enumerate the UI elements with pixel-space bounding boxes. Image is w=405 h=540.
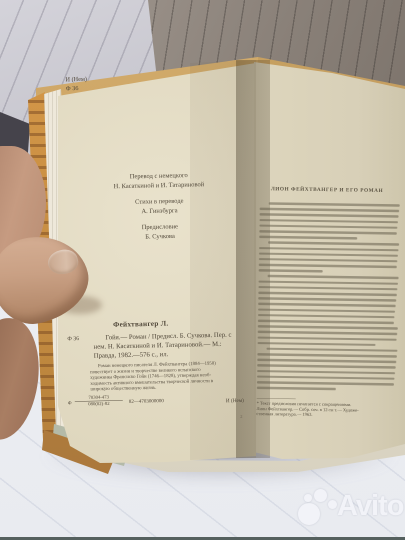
avito-watermark: Avito <box>290 478 405 536</box>
library-catalog-mark: И (Нем) Ф 36 <box>65 74 87 92</box>
text-line-placeholder <box>260 213 399 217</box>
text-line-placeholder <box>259 264 397 268</box>
text-line-placeholder <box>266 348 397 352</box>
text-line-placeholder <box>268 275 399 279</box>
catalog-mark-line: И (Нем) <box>65 74 87 83</box>
preface-body-text <box>257 202 400 394</box>
text-line-placeholder <box>257 370 395 374</box>
text-line-placeholder <box>258 325 398 329</box>
catalog-mark-repeat: И (Нем) <box>226 398 244 404</box>
text-line-placeholder <box>257 381 394 385</box>
text-line-placeholder <box>257 375 395 379</box>
avito-logo-dot-icon <box>328 500 337 509</box>
text-line-placeholder <box>268 241 399 245</box>
right-page-content: ЛИОН ФЕЙХТВАНГЕР И ЕГО РОМАН * Текст пре… <box>249 60 405 482</box>
credits-block: Перевод с немецкого Н. Касаткиной и И. Т… <box>71 169 249 243</box>
text-line-placeholder <box>259 224 397 228</box>
author-heading: Фейхтвангер Л. <box>113 320 168 330</box>
left-page-content: И (Нем) Ф 36 Перевод с немецкого Н. Каса… <box>58 54 263 464</box>
text-line-placeholder <box>257 359 396 363</box>
text-line-placeholder <box>258 286 397 290</box>
text-line-placeholder <box>258 314 395 318</box>
text-line-placeholder <box>257 364 396 368</box>
text-line-placeholder <box>258 342 376 346</box>
text-line-placeholder <box>259 280 399 284</box>
text-line-placeholder <box>258 336 397 340</box>
text-line-placeholder <box>259 219 398 223</box>
text-line-placeholder <box>258 331 398 335</box>
text-line-placeholder <box>257 353 397 357</box>
code-prefix: Ф <box>68 401 72 406</box>
text-line-placeholder <box>260 208 400 212</box>
text-line-placeholder <box>259 258 398 262</box>
text-line-placeholder <box>269 202 400 206</box>
avito-logo-dot-icon <box>298 503 320 525</box>
publisher-code-block: Ф 70304-473 080(02)-82 82—4703000000 И (… <box>68 392 259 431</box>
text-line-placeholder <box>258 308 395 312</box>
annotation-paragraph: Роман немецкого писателя Л. Фейхтвангера… <box>90 360 258 393</box>
text-line-placeholder <box>259 230 397 234</box>
footnote-line: ственная литература.— 1963. <box>256 411 394 418</box>
code-denominator: 080(02)-82 <box>75 401 123 408</box>
text-line-placeholder <box>259 236 357 240</box>
footnote-rule <box>257 398 296 399</box>
text-line-placeholder <box>258 303 396 307</box>
code-suffix: 82—4703000000 <box>129 398 164 404</box>
catalog-mark-line: Ф 36 <box>66 83 88 92</box>
book-listing-photo: И (Нем) Ф 36 Перевод с немецкого Н. Каса… <box>0 0 405 540</box>
preface-title: ЛИОН ФЕЙХТВАНГЕР И ЕГО РОМАН <box>254 186 400 194</box>
bibliographic-entry: Гойя.— Роман / Предисл. Б. Сучкова. Пер.… <box>93 330 259 361</box>
text-line-placeholder <box>258 320 394 324</box>
text-line-placeholder <box>259 252 398 256</box>
bbk-margin-mark: Ф 36 <box>67 336 79 342</box>
avito-watermark-text: Avito <box>337 490 403 523</box>
avito-logo-dot-icon <box>304 494 312 502</box>
text-line-placeholder <box>258 297 396 301</box>
text-line-placeholder <box>259 247 399 251</box>
avito-logo-dot-icon <box>314 489 327 502</box>
text-line-placeholder <box>259 269 323 272</box>
text-line-placeholder <box>258 292 397 296</box>
code-fraction: 70304-473 080(02)-82 <box>75 395 123 408</box>
footnote-block: * Текст предисловия печатается с сокраще… <box>256 398 394 419</box>
text-line-placeholder <box>257 387 336 391</box>
signature-number: 2 <box>240 414 242 419</box>
